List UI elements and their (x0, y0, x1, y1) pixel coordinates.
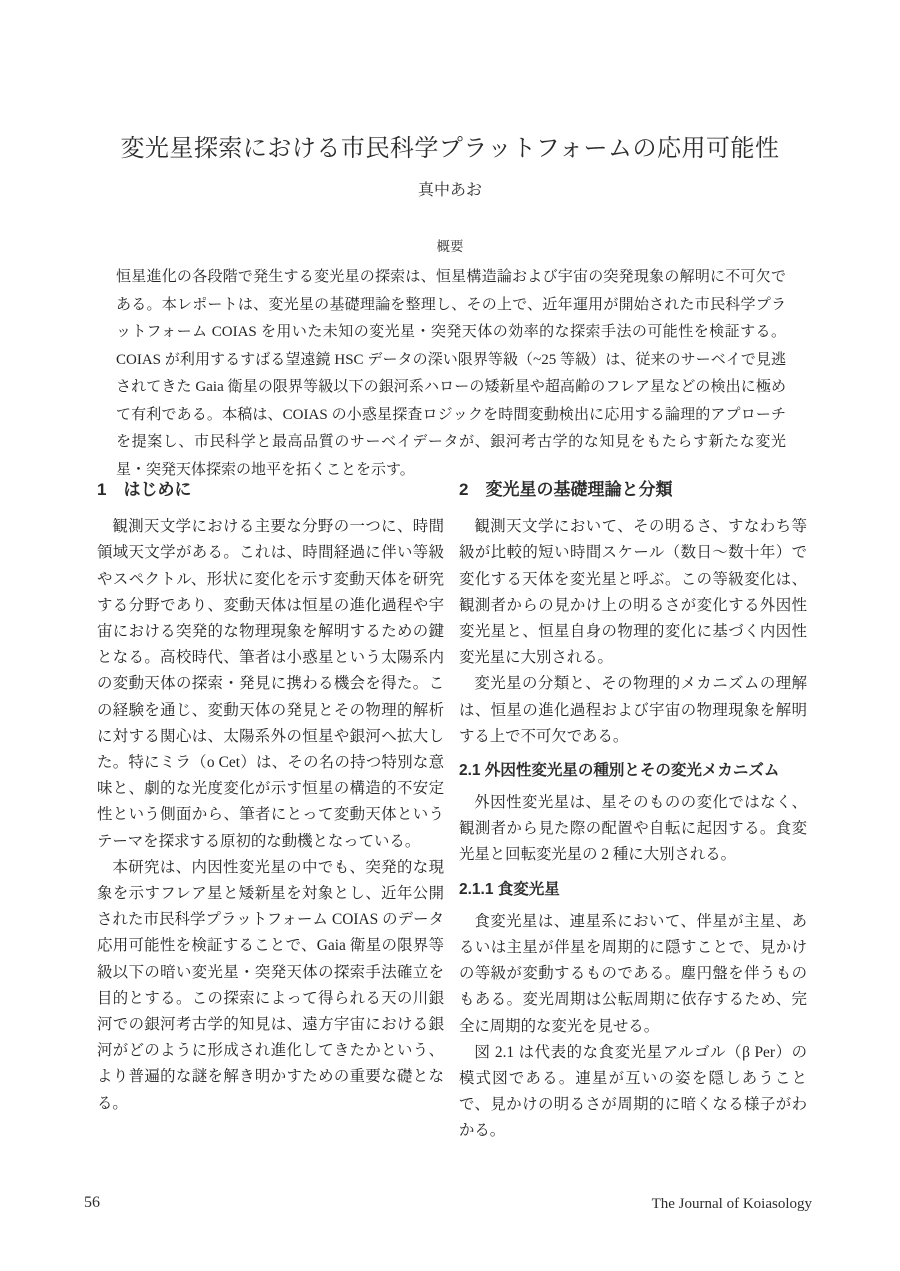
section-2-1-paragraph: 外因性変光星は、星そのものの変化ではなく、観測者から見た際の配置や自転に起因する… (459, 790, 807, 869)
section-2-1-heading: 2.1 外因性変光星の種別とその変光メカニズム (459, 761, 807, 781)
section-1-heading: 1 はじめに (97, 479, 444, 501)
abstract-heading: 概要 (0, 235, 900, 255)
section-2-paragraph: 観測天文学において、その明るさ、すなわち等級が比較的短い時間スケール（数日～数十… (459, 514, 807, 671)
section-2-1-1-paragraph: 図 2.1 は代表的な食変光星アルゴル（β Per）の模式図である。連星が互いの… (459, 1040, 807, 1145)
abstract-text: 恒星進化の各段階で発生する変光星の探索は、恒星構造論および宇宙の突発現象の解明に… (116, 264, 786, 484)
section-1-paragraph: 本研究は、内因性変光星の中でも、突発的な現象を示すフレア星と矮新星を対象とし、近… (97, 855, 444, 1117)
section-2-paragraph: 変光星の分類と、その物理的メカニズムの理解は、恒星の進化過程および宇宙の物理現象… (459, 671, 807, 750)
right-column: 2 変光星の基礎理論と分類 観測天文学において、その明るさ、すなわち等級が比較的… (459, 479, 807, 1145)
section-2-heading: 2 変光星の基礎理論と分類 (459, 479, 807, 501)
section-1-paragraph: 観測天文学における主要な分野の一つに、時間領域天文学がある。これは、時間経過に伴… (97, 514, 444, 855)
section-2-1-1-paragraph: 食変光星は、連星系において、伴星が主星、あるいは主星が伴星を周期的に隠すことで、… (459, 909, 807, 1040)
left-column: 1 はじめに 観測天文学における主要な分野の一つに、時間領域天文学がある。これは… (97, 479, 444, 1117)
section-2-1-1-heading: 2.1.1 食変光星 (459, 880, 807, 900)
paper-page: 変光星探索における市民科学プラットフォームの応用可能性 真中あお 概要 恒星進化… (0, 0, 900, 1271)
footer-journal-name: The Journal of Koiasology (652, 1196, 812, 1213)
footer-page-number: 56 (84, 1194, 100, 1212)
paper-title: 変光星探索における市民科学プラットフォームの応用可能性 (0, 128, 900, 163)
author-name: 真中あお (0, 177, 900, 200)
